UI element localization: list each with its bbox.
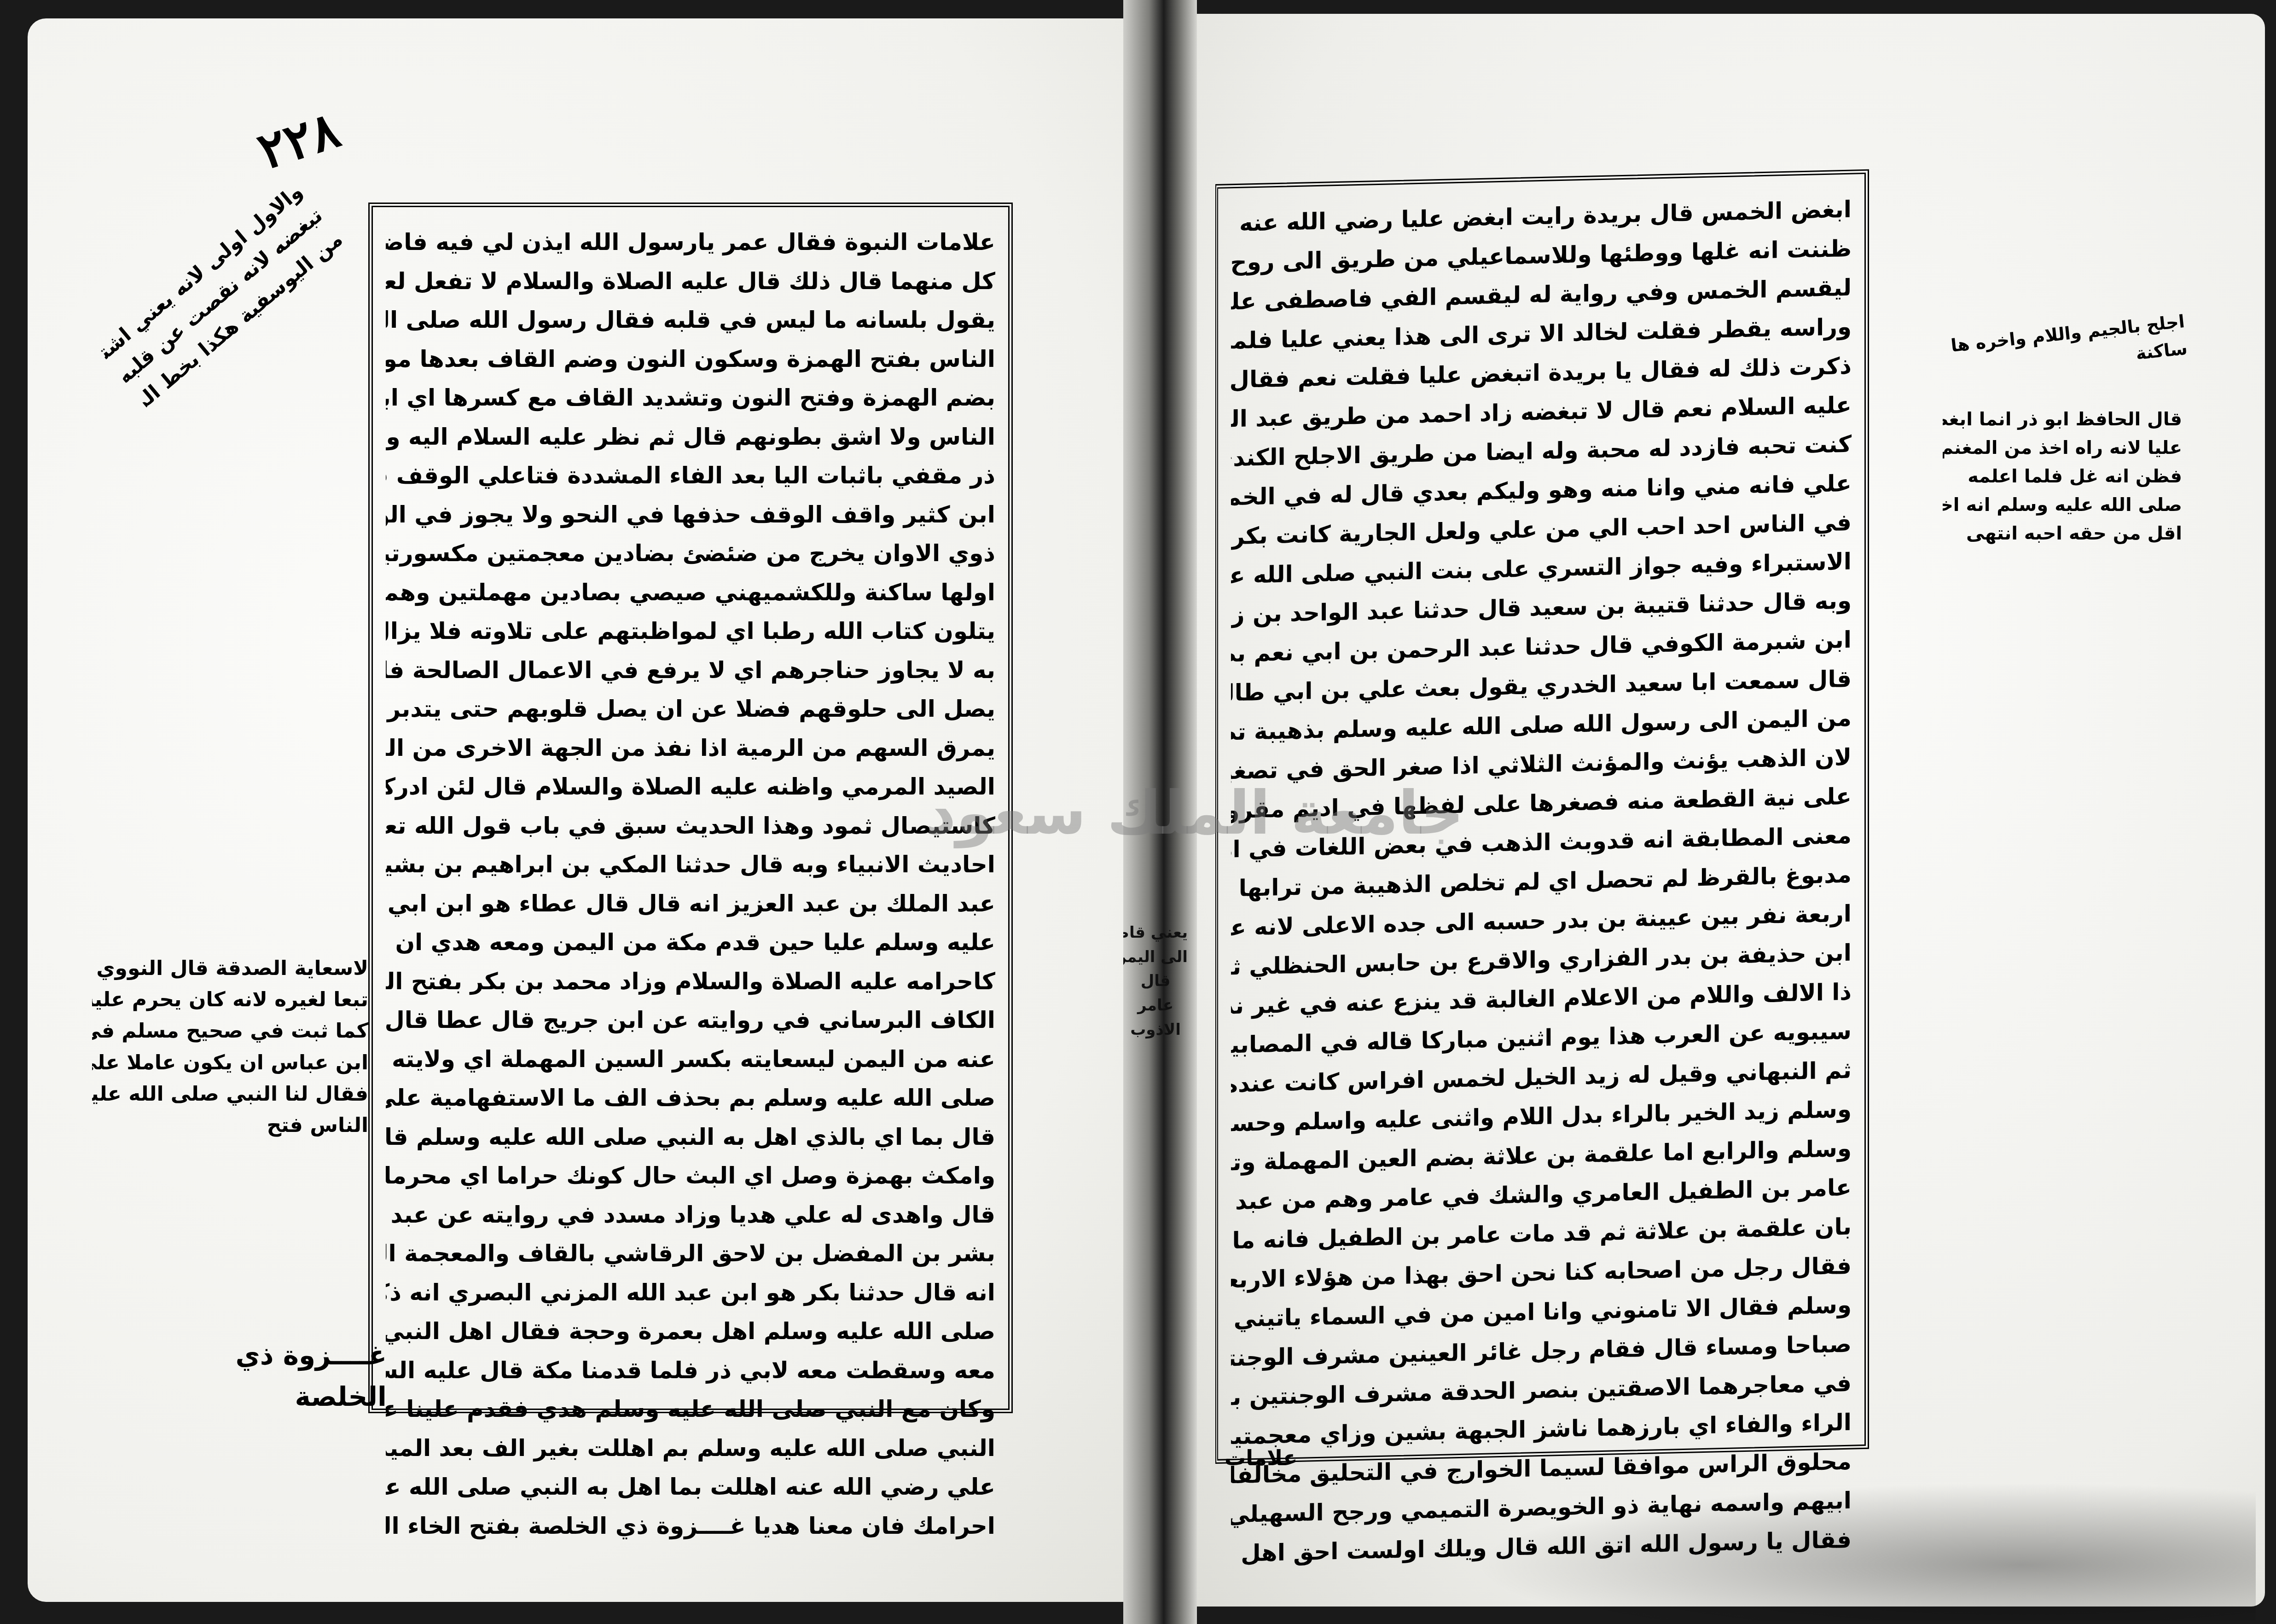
text-line: صلى الله عليه وسلم اهل بعمرة وحجة فقال ا… [386, 1312, 995, 1351]
margin-note-line: صلى الله عليه وسلم انه اخذ [1943, 491, 2182, 519]
margin-note-line: الى اليمن [1123, 945, 1188, 969]
margin-note-left-middle: لاسعاية الصدقة قال النوويتبعا لغيره لانه… [92, 953, 368, 1141]
text-line: علي رضي الله عنه اهللت بما اهل به النبي … [386, 1467, 995, 1507]
book-spine-gutter [1123, 0, 1197, 1624]
text-line: قال واهدى له علي هديا وزاد مسدد في روايت… [386, 1195, 995, 1235]
manuscript-spread: ٢٢٨ علامات النبوة فقال عمر يارسول الله ا… [0, 0, 2276, 1624]
section-heading-ghazwat-dhi-al-khalasa: غــــزوة ذي الخلصة [157, 1335, 387, 1418]
text-line: به لا يجاوز حناجرهم اي لا يرفع في الاعما… [386, 651, 995, 690]
margin-note-line: فظن انه غل فلما اعلمه [1943, 462, 2182, 491]
margin-note-line: يعني قاضيا [1123, 921, 1188, 945]
text-line: كاحرامه عليه الصلاة والسلام وزاد محمد بن… [386, 962, 995, 1001]
text-line: عليه وسلم عليا حين قدم مكة من اليمن ومعه… [386, 923, 995, 962]
text-line: صلى الله عليه وسلم بم بحذف الف ما الاستف… [386, 1079, 995, 1118]
text-line: كل منهما قال ذلك قال عليه الصلاة والسلام… [386, 262, 995, 301]
text-line: ابن كثير واقف الوقف حذفها في النحو ولا ي… [386, 495, 995, 534]
text-line: كاستيصال ثمود وهذا الحديث سبق في باب قول… [386, 806, 995, 846]
right-page-text-block: ابغض الخمس قال بريدة رايت ابغض عليا رضي … [1215, 169, 1869, 1464]
margin-note-spine: يعني قاضياالى اليمنقالعامرالاذوب [1123, 921, 1188, 1042]
text-line: انه قال حدثنا بكر هو ابن عبد الله المزني… [386, 1273, 995, 1312]
text-line: ذوي الاوان يخرج من ضئضئ بضادين معجمتين م… [386, 534, 995, 573]
text-line: يصل الى حلوقهم فضلا عن ان يصل قلوبهم حتى… [386, 690, 995, 729]
text-line: علامات النبوة فقال عمر يارسول الله ايذن … [386, 223, 995, 262]
text-line: بضم الهمزة وفتح النون وتشديد القاف مع كس… [386, 378, 995, 418]
text-line: بشر بن المفضل بن لاحق الرقاشي بالقاف وال… [386, 1234, 995, 1273]
text-line: قال بما اي بالذي اهل به النبي صلى الله ع… [386, 1118, 995, 1157]
margin-note-line: عامر [1123, 993, 1188, 1018]
text-line: احاديث الانبياء وبه قال حدثنا المكي بن ا… [386, 845, 995, 884]
text-line: يمرق السهم من الرمية اذا نفذ من الجهة ال… [386, 729, 995, 768]
margin-note-line: تبعا لغيره لانه كان يحرم عليه ذلك [92, 984, 368, 1015]
margin-note-line: كما ثبت في صحيح مسلم في طلب الفضل [92, 1015, 368, 1047]
margin-note-line: لاسعاية الصدقة قال النووي [92, 953, 368, 984]
margin-note-line: عليا لانه راه اخذ من المغنم [1943, 434, 2182, 462]
text-line: عبد الملك بن عبد العزيز انه قال قال عطاء… [386, 884, 995, 923]
margin-note-right-middle: قال الحافظ ابو ذر انما ابغضعليا لانه راه… [1943, 405, 2182, 548]
text-line: النبي صلى الله عليه وسلم بم اهللت بغير ا… [386, 1429, 995, 1468]
text-line: الكاف البرساني في روايته عن ابن جريج قال… [386, 1001, 995, 1040]
margin-note-line: ابن عباس ان يكون عاملا على الصدقة [92, 1047, 368, 1079]
text-line: يتلون كتاب الله رطبا اي لمواظبتهم على تل… [386, 612, 995, 651]
margin-note-line: الناس فتح [92, 1110, 368, 1141]
text-line: معه وسقطت معه لابي ذر فلما قدمنا مكة قال… [386, 1351, 995, 1390]
text-line: عنه من اليمن ليسعايته بكسر السين المهملة… [386, 1040, 995, 1079]
text-line: وامكث بهمزة وصل اي البث حال كونك حراما ا… [386, 1156, 995, 1195]
text-line: وكان مع النبي صلى الله عليه وسلم هدي فقد… [386, 1390, 995, 1429]
text-line: ذر مقفي باثبات اليا بعد الفاء المشددة فت… [386, 456, 995, 495]
margin-note-line: قال [1123, 969, 1188, 993]
margin-note-line: فقال لنا النبي صلى الله عليه وسلم انما ا… [92, 1079, 368, 1110]
margin-note-line: اقل من حقه احبه انتهى [1943, 519, 2182, 548]
page-shadow [1473, 1482, 2256, 1620]
text-line: اولها ساكنة وللكشميهني صيصي بصادين مهملت… [386, 573, 995, 612]
text-line: احرامك فان معنا هديا غــــزوة ذي الخلصة … [386, 1507, 995, 1546]
left-page-text-block: علامات النبوة فقال عمر يارسول الله ايذن … [368, 203, 1013, 1413]
text-line: الناس ولا اشق بطونهم قال ثم نظر عليه الس… [386, 418, 995, 457]
margin-note-line: الاذوب [1123, 1018, 1188, 1042]
catchword: علامات [1225, 1445, 1297, 1470]
text-line: الناس بفتح الهمزة وسكون النون وضم القاف … [386, 340, 995, 379]
margin-note-line: قال الحافظ ابو ذر انما ابغض [1943, 405, 2182, 434]
text-line: يقول بلسانه ما ليس في قلبه فقال رسول الل… [386, 301, 995, 340]
text-line: الصيد المرمي واظنه عليه الصلاة والسلام ق… [386, 767, 995, 806]
